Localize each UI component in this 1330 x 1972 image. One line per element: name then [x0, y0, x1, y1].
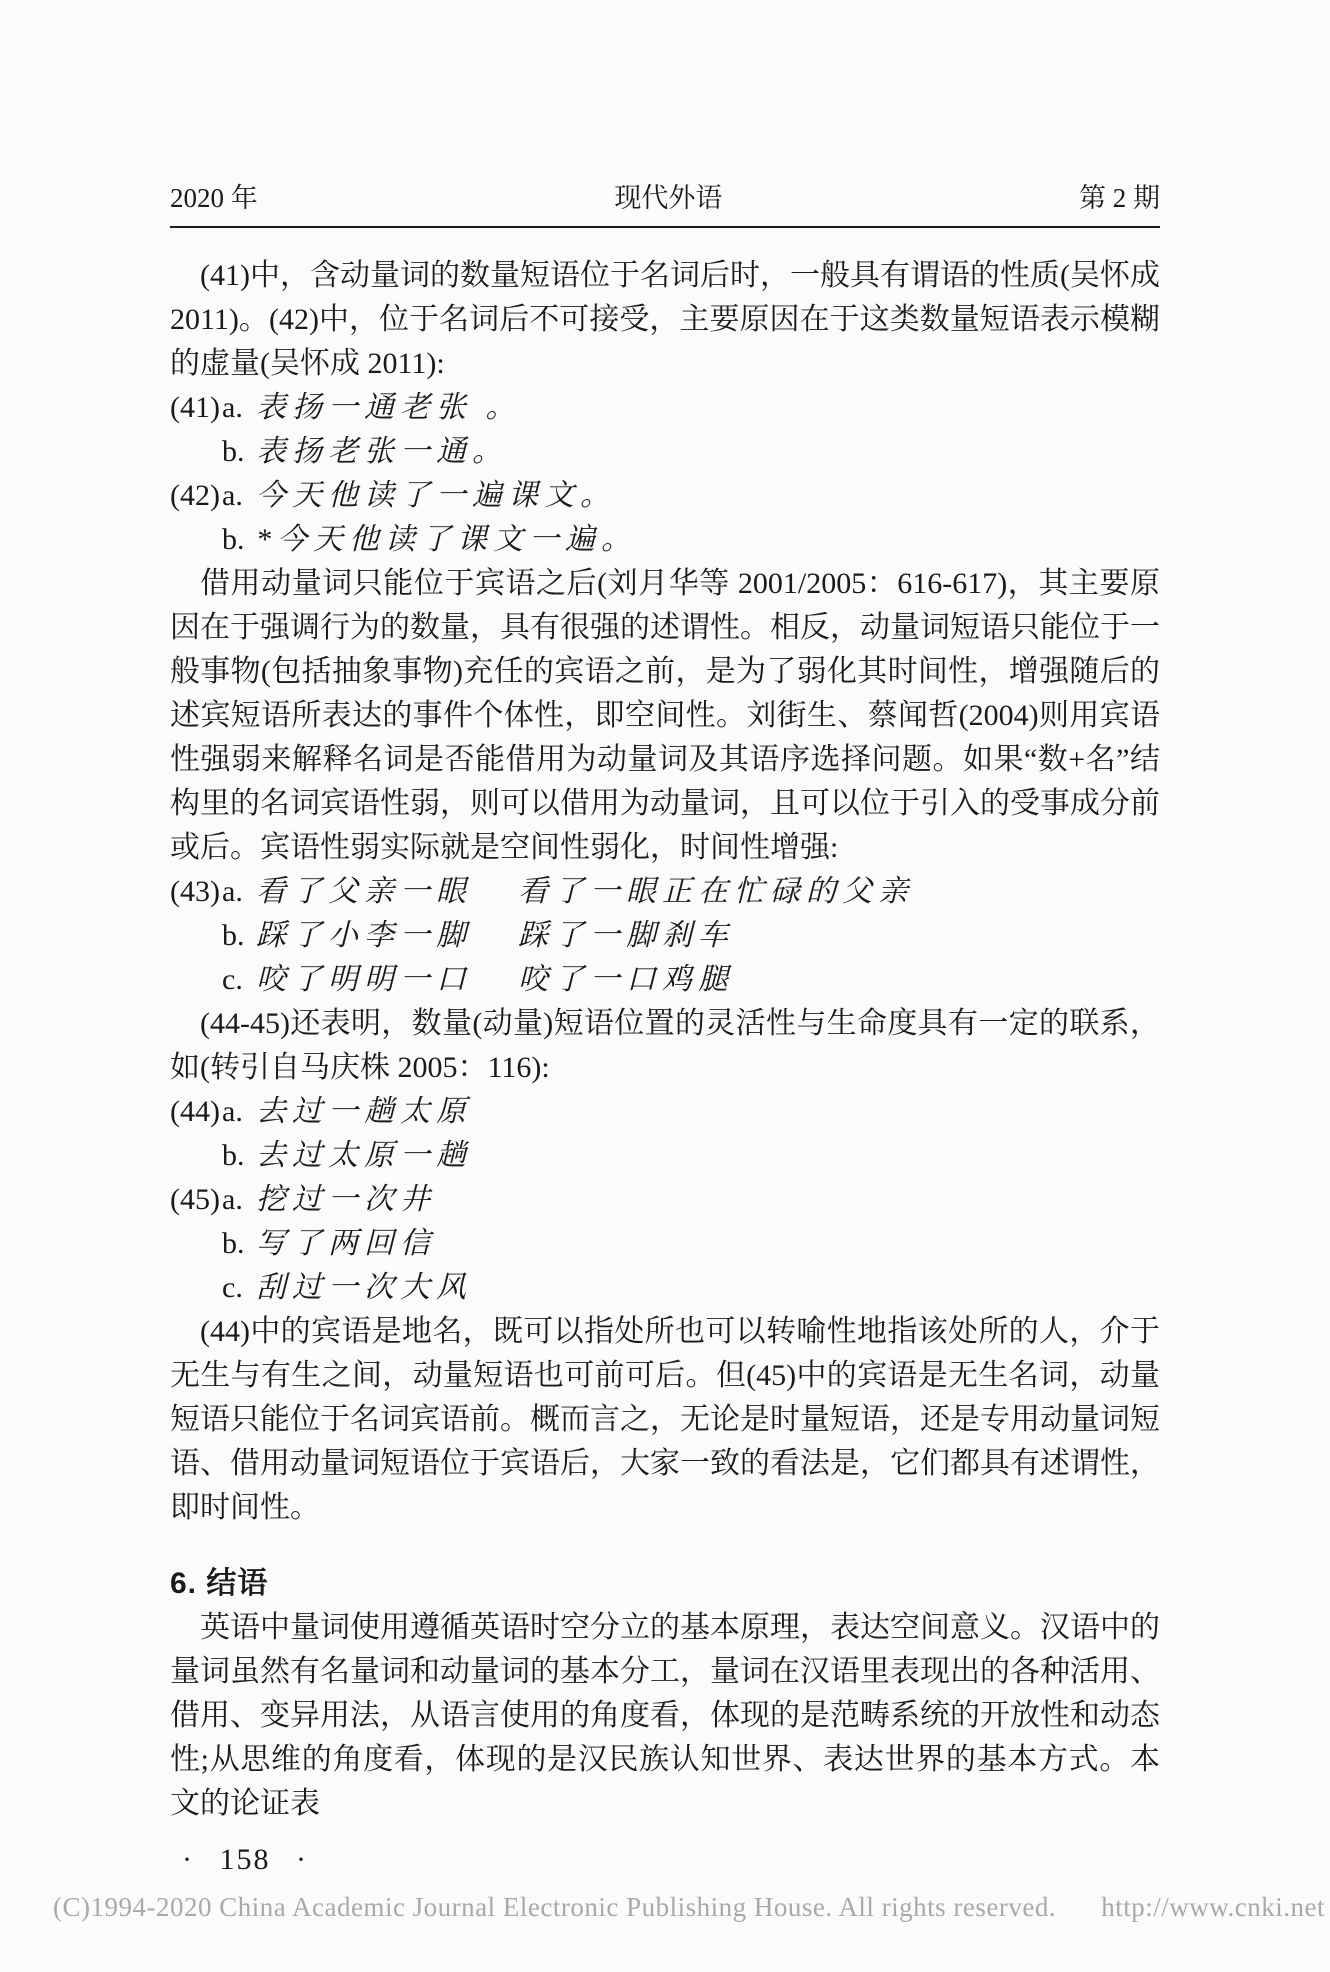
example-44a: (44) a. 去过一趟太原: [170, 1090, 1160, 1134]
example-text-2: 咬了一口鸡腿: [518, 958, 734, 1002]
section-heading-conclusion: 6. 结语: [170, 1562, 1160, 1606]
example-text: 去过一趟太原: [256, 1090, 472, 1134]
example-letter: c.: [222, 958, 256, 1002]
example-45c: c. 刮过一次大风: [170, 1266, 1160, 1310]
cnki-url: http://www.cnki.net: [1101, 1892, 1325, 1922]
example-letter: a.: [222, 474, 256, 518]
example-letter: a.: [222, 870, 256, 914]
example-43a: (43) a. 看了父亲一眼 看了一眼正在忙碌的父亲: [170, 870, 1160, 914]
example-text: 踩了小李一脚: [256, 914, 518, 958]
example-number: (45): [170, 1178, 222, 1222]
example-42b: b. *今天他读了课文一遍。: [170, 518, 1160, 562]
example-letter: c.: [222, 1266, 256, 1310]
running-head: 2020 年 现代外语 第 2 期: [170, 183, 1160, 228]
example-text: 表扬老张一通。: [256, 430, 508, 474]
cnki-watermark: (C)1994-2020 China Academic Journal Elec…: [53, 1892, 1325, 1922]
example-text: 写了两回信: [256, 1222, 436, 1266]
example-letter: a.: [222, 1178, 256, 1222]
example-letter: a.: [222, 1090, 256, 1134]
example-42a: (42) a. 今天他读了一遍课文。: [170, 474, 1160, 518]
journal-page: 2020 年 现代外语 第 2 期 (41)中，含动量词的数量短语位于名词后时，…: [0, 0, 1330, 1972]
example-letter: b.: [222, 1222, 256, 1266]
example-letter: b.: [222, 430, 256, 474]
example-text-2: 看了一眼正在忙碌的父亲: [518, 870, 914, 914]
running-head-issue: 第 2 期: [1079, 183, 1160, 213]
paragraph-41-42-intro: (41)中，含动量词的数量短语位于名词后时，一般具有谓语的性质(吴怀成 2011…: [170, 254, 1160, 386]
example-letter: b.: [222, 1134, 256, 1178]
example-text: 看了父亲一眼: [256, 870, 518, 914]
page-number: · 158 ·: [170, 1838, 1160, 1882]
example-43b: b. 踩了小李一脚 踩了一脚刹车: [170, 914, 1160, 958]
example-text: 今天他读了一遍课文。: [256, 474, 616, 518]
copyright-notice: (C)1994-2020 China Academic Journal Elec…: [53, 1892, 1056, 1922]
example-45a: (45) a. 挖过一次井: [170, 1178, 1160, 1222]
running-head-journal-title: 现代外语: [614, 183, 722, 213]
example-text: 刮过一次大风: [256, 1266, 472, 1310]
example-letter: a.: [222, 386, 256, 430]
example-text: 咬了明明一口: [256, 958, 518, 1002]
running-head-year: 2020 年: [170, 183, 258, 213]
example-number: (42): [170, 474, 222, 518]
example-text: 去过太原一趟: [256, 1134, 472, 1178]
example-41a: (41) a. 表扬一通老张 。: [170, 386, 1160, 430]
example-43c: c. 咬了明明一口 咬了一口鸡腿: [170, 958, 1160, 1002]
example-letter: b.: [222, 518, 256, 562]
example-text-2: 踩了一脚刹车: [518, 914, 734, 958]
example-text: 表扬一通老张 。: [256, 386, 522, 430]
example-44b: b. 去过太原一趟: [170, 1134, 1160, 1178]
paragraph-borrowed-verbal-classifiers: 借用动量词只能位于宾语之后(刘月华等 2001/2005：616-617)，其主…: [170, 562, 1160, 870]
paragraph-44-45-intro: (44-45)还表明，数量(动量)短语位置的灵活性与生命度具有一定的联系，如(转…: [170, 1002, 1160, 1090]
example-number: (41): [170, 386, 222, 430]
example-text: *今天他读了课文一遍。: [256, 518, 637, 562]
paragraph-conclusion: 英语中量词使用遵循英语时空分立的基本原理，表达空间意义。汉语中的量词虽然有名量词…: [170, 1606, 1160, 1826]
example-number: (44): [170, 1090, 222, 1134]
example-letter: b.: [222, 914, 256, 958]
example-45b: b. 写了两回信: [170, 1222, 1160, 1266]
page-body: (41)中，含动量词的数量短语位于名词后时，一般具有谓语的性质(吴怀成 2011…: [170, 254, 1160, 1882]
example-number: (43): [170, 870, 222, 914]
paragraph-44-45-discussion: (44)中的宾语是地名，既可以指处所也可以转喻性地指该处所的人，介于无生与有生之…: [170, 1310, 1160, 1530]
example-41b: b. 表扬老张一通。: [170, 430, 1160, 474]
example-text: 挖过一次井: [256, 1178, 436, 1222]
